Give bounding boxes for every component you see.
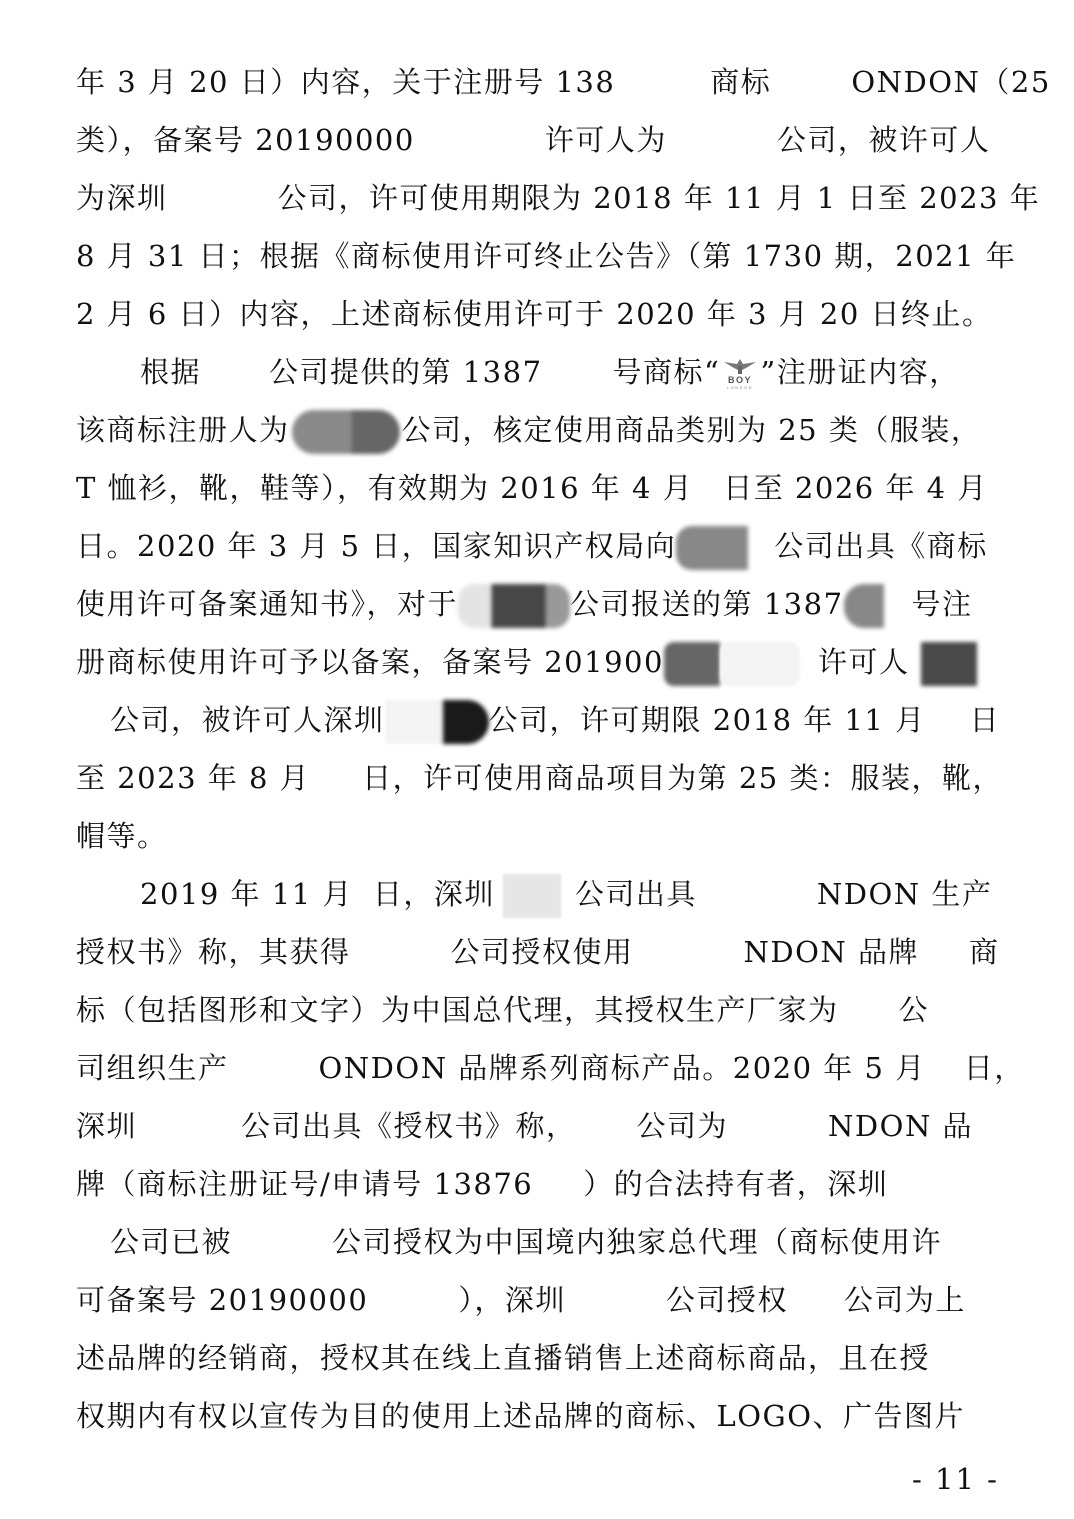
text-line: 年 3 月 20 日）内容，关于注册号 138商标ONDON（25 xyxy=(76,62,1010,102)
eagle-logo-icon: BOY LONDON xyxy=(720,356,760,392)
redaction xyxy=(634,939,744,969)
text-line: 至 2023 年 8 月日，许可使用商品项目为第 25 类：服装，靴， xyxy=(76,758,1010,798)
text-line: 帽等。 xyxy=(76,816,1010,856)
text-segment: NDON 品 xyxy=(828,1109,973,1143)
text-segment: 日 xyxy=(970,703,1001,737)
redaction xyxy=(926,707,970,737)
text-segment: 司组织生产 xyxy=(76,1051,229,1085)
text-segment: 该商标注册人为 xyxy=(76,413,290,447)
text-segment: 使用许可备案通知书》，对于 xyxy=(76,587,458,621)
trademark-logo: BOY LONDON xyxy=(720,356,760,392)
text-segment: 公司为上 xyxy=(844,1283,966,1317)
redaction xyxy=(839,997,899,1027)
text-segment: 公司授权为中国境内独家总代理（商标使用许 xyxy=(332,1225,942,1259)
redaction xyxy=(697,881,817,911)
redaction xyxy=(229,1055,319,1085)
text-line: 述品牌的经销商，授权其在线上直播销售上述商标商品，且在授 xyxy=(76,1338,1010,1378)
text-segment: 2019 年 11 月 xyxy=(140,877,353,911)
text-segment: 日。2020 年 3 月 5 日，国家知识产权局向 xyxy=(76,529,676,563)
redaction-blur xyxy=(503,874,561,918)
svg-text:BOY: BOY xyxy=(728,375,752,385)
text-segment: NDON 品牌 xyxy=(744,935,920,969)
text-line: 牌（商标注册证号/申请号 13876）的合法持有者，深圳 xyxy=(76,1164,1010,1204)
text-segment: NDON 生产 xyxy=(817,877,993,911)
text-segment: 公司出具《授权书》称， xyxy=(241,1109,577,1143)
text-segment: 许可人为 xyxy=(545,123,667,157)
redaction xyxy=(368,1287,458,1317)
text-segment: 公 xyxy=(899,993,930,1027)
redaction xyxy=(353,881,373,911)
text-segment: 公司报送的第 1387 xyxy=(570,587,844,621)
text-segment: 公司授权 xyxy=(666,1283,788,1317)
redaction xyxy=(693,475,723,505)
redaction xyxy=(771,69,851,99)
text-segment: 商标 xyxy=(710,65,771,99)
redaction xyxy=(615,69,710,99)
redaction xyxy=(566,1287,666,1317)
text-segment: 许可人 xyxy=(818,645,910,679)
redaction-blur xyxy=(458,584,570,628)
text-line: 授权书》称，其获得公司授权使用NDON 品牌商 xyxy=(76,932,1010,972)
text-segment: 2 月 6 日）内容，上述商标使用许可于 2020 年 3 月 20 日终止。 xyxy=(76,297,993,331)
text-line: 公司已被公司授权为中国境内独家总代理（商标使用许 xyxy=(110,1222,1010,1262)
text-segment: 公司，许可使用期限为 2018 年 11 月 1 日至 2023 年 xyxy=(278,181,1041,215)
redaction xyxy=(728,1113,828,1143)
redaction-blur xyxy=(292,410,400,454)
text-segment: 公司已被 xyxy=(110,1225,232,1259)
text-segment: 日至 2026 年 4 月 xyxy=(723,471,988,505)
redaction xyxy=(201,359,269,389)
text-line: T 恤衫，靴，鞋等），有效期为 2016 年 4 月日至 2026 年 4 月 xyxy=(76,468,1010,508)
text-segment: 日，深圳 xyxy=(373,877,495,911)
redaction-blur xyxy=(720,642,800,686)
text-segment: 至 2023 年 8 月 xyxy=(76,761,310,795)
text-segment: 公司，被许可人深圳 xyxy=(110,703,385,737)
redaction xyxy=(800,649,818,679)
redaction xyxy=(310,765,362,795)
text-line: 日。2020 年 3 月 5 日，国家知识产权局向公司出具《商标 xyxy=(76,526,1010,566)
text-segment: 公司，许可期限 2018 年 11 月 xyxy=(489,703,926,737)
redaction-blur xyxy=(676,526,748,570)
text-segment: 公司，核定使用商品类别为 25 类（服装， xyxy=(402,413,982,447)
text-segment: 类），备案号 20190000 xyxy=(76,123,415,157)
text-segment: ），深圳 xyxy=(458,1283,566,1317)
text-line: 册商标使用许可予以备案，备案号 201900许可人 xyxy=(76,642,1010,682)
text-segment: ONDON（25 xyxy=(851,65,1050,99)
text-line: 权期内有权以宣传为目的使用上述品牌的商标、LOGO、广告图片 xyxy=(76,1396,1010,1436)
text-segment: 权期内有权以宣传为目的使用上述品牌的商标、LOGO、广告图片 xyxy=(76,1399,965,1433)
text-line: 为深圳公司，许可使用期限为 2018 年 11 月 1 日至 2023 年 xyxy=(76,178,1010,218)
text-segment: 帽等。 xyxy=(76,819,168,853)
redaction-blur xyxy=(844,584,884,628)
text-segment: ”注册证内容， xyxy=(760,355,959,389)
text-segment: 号商标“ xyxy=(613,355,721,389)
redaction xyxy=(351,939,451,969)
text-line: 使用许可备案通知书》，对于公司报送的第 1387号注 xyxy=(76,584,1010,624)
text-line: 2 月 6 日）内容，上述商标使用许可于 2020 年 3 月 20 日终止。 xyxy=(76,294,1010,334)
redaction xyxy=(415,127,545,157)
redaction-blur xyxy=(664,642,720,686)
text-segment: 牌（商标注册证号/申请号 13876 xyxy=(76,1167,533,1201)
redaction xyxy=(168,185,278,215)
redaction-blur xyxy=(921,642,977,686)
text-segment: 8 月 31 日；根据《商标使用许可终止公告》（第 1730 期，2021 年 xyxy=(76,239,1016,273)
text-line: 2019 年 11 月日，深圳公司出具NDON 生产 xyxy=(140,874,1010,914)
text-segment: 日， xyxy=(964,1051,1025,1085)
text-segment: 公司出具 xyxy=(575,877,697,911)
redaction xyxy=(926,1055,964,1085)
text-segment: 公司提供的第 1387 xyxy=(269,355,543,389)
text-segment: 册商标使用许可予以备案，备案号 201900 xyxy=(76,645,664,679)
page-number: - 11 - xyxy=(912,1462,999,1496)
text-segment: ）的合法持有者，深圳 xyxy=(583,1167,888,1201)
text-segment: 号注 xyxy=(912,587,973,621)
text-segment: 为深圳 xyxy=(76,181,168,215)
text-segment: 深圳 xyxy=(76,1109,137,1143)
text-segment: 授权书》称，其获得 xyxy=(76,935,351,969)
redaction xyxy=(788,1287,844,1317)
redaction xyxy=(577,1113,637,1143)
redaction xyxy=(667,127,777,157)
redaction xyxy=(137,1113,241,1143)
text-segment: 公司，被许可人 xyxy=(777,123,991,157)
text-line: 标（包括图形和文字）为中国总代理，其授权生产厂家为公 xyxy=(76,990,1010,1030)
redaction xyxy=(543,359,613,389)
text-segment: 公司为 xyxy=(637,1109,729,1143)
redaction-blur xyxy=(443,700,489,744)
text-line: 类），备案号 20190000许可人为公司，被许可人 xyxy=(76,120,1010,160)
text-segment: 述品牌的经销商，授权其在线上直播销售上述商标商品，且在授 xyxy=(76,1341,930,1375)
text-segment: 商 xyxy=(969,935,1000,969)
text-line: 8 月 31 日；根据《商标使用许可终止公告》（第 1730 期，2021 年 xyxy=(76,236,1010,276)
text-segment: ONDON 品牌系列商标产品。2020 年 5 月 xyxy=(319,1051,926,1085)
text-segment: 年 3 月 20 日）内容，关于注册号 138 xyxy=(76,65,615,99)
text-line: 该商标注册人为公司，核定使用商品类别为 25 类（服装， xyxy=(76,410,1010,450)
text-segment: T 恤衫，靴，鞋等），有效期为 2016 年 4 月 xyxy=(76,471,693,505)
text-line: 公司，被许可人深圳公司，许可期限 2018 年 11 月日 xyxy=(110,700,1010,740)
redaction xyxy=(919,939,969,969)
text-segment: 标（包括图形和文字）为中国总代理，其授权生产厂家为 xyxy=(76,993,839,1027)
text-segment: 公司授权使用 xyxy=(451,935,634,969)
text-segment: 日，许可使用商品项目为第 25 类：服装，靴， xyxy=(362,761,1003,795)
svg-text:LONDON: LONDON xyxy=(727,385,753,390)
text-segment: 根据 xyxy=(140,355,201,389)
text-segment: 公司出具《商标 xyxy=(774,529,988,563)
redaction xyxy=(232,1229,332,1259)
text-line: 根据公司提供的第 1387号商标“ BOY LONDON ”注册证内容， xyxy=(140,352,1010,392)
text-line: 深圳公司出具《授权书》称，公司为NDON 品 xyxy=(76,1106,1010,1146)
text-line: 司组织生产ONDON 品牌系列商标产品。2020 年 5 月日， xyxy=(76,1048,1010,1088)
redaction xyxy=(533,1171,583,1201)
redaction-blur xyxy=(385,700,443,744)
text-line: 可备案号 20190000），深圳公司授权公司为上 xyxy=(76,1280,1010,1320)
document-page: 年 3 月 20 日）内容，关于注册号 138商标ONDON（25 类），备案号… xyxy=(0,0,1074,1519)
text-segment: 可备案号 20190000 xyxy=(76,1283,368,1317)
